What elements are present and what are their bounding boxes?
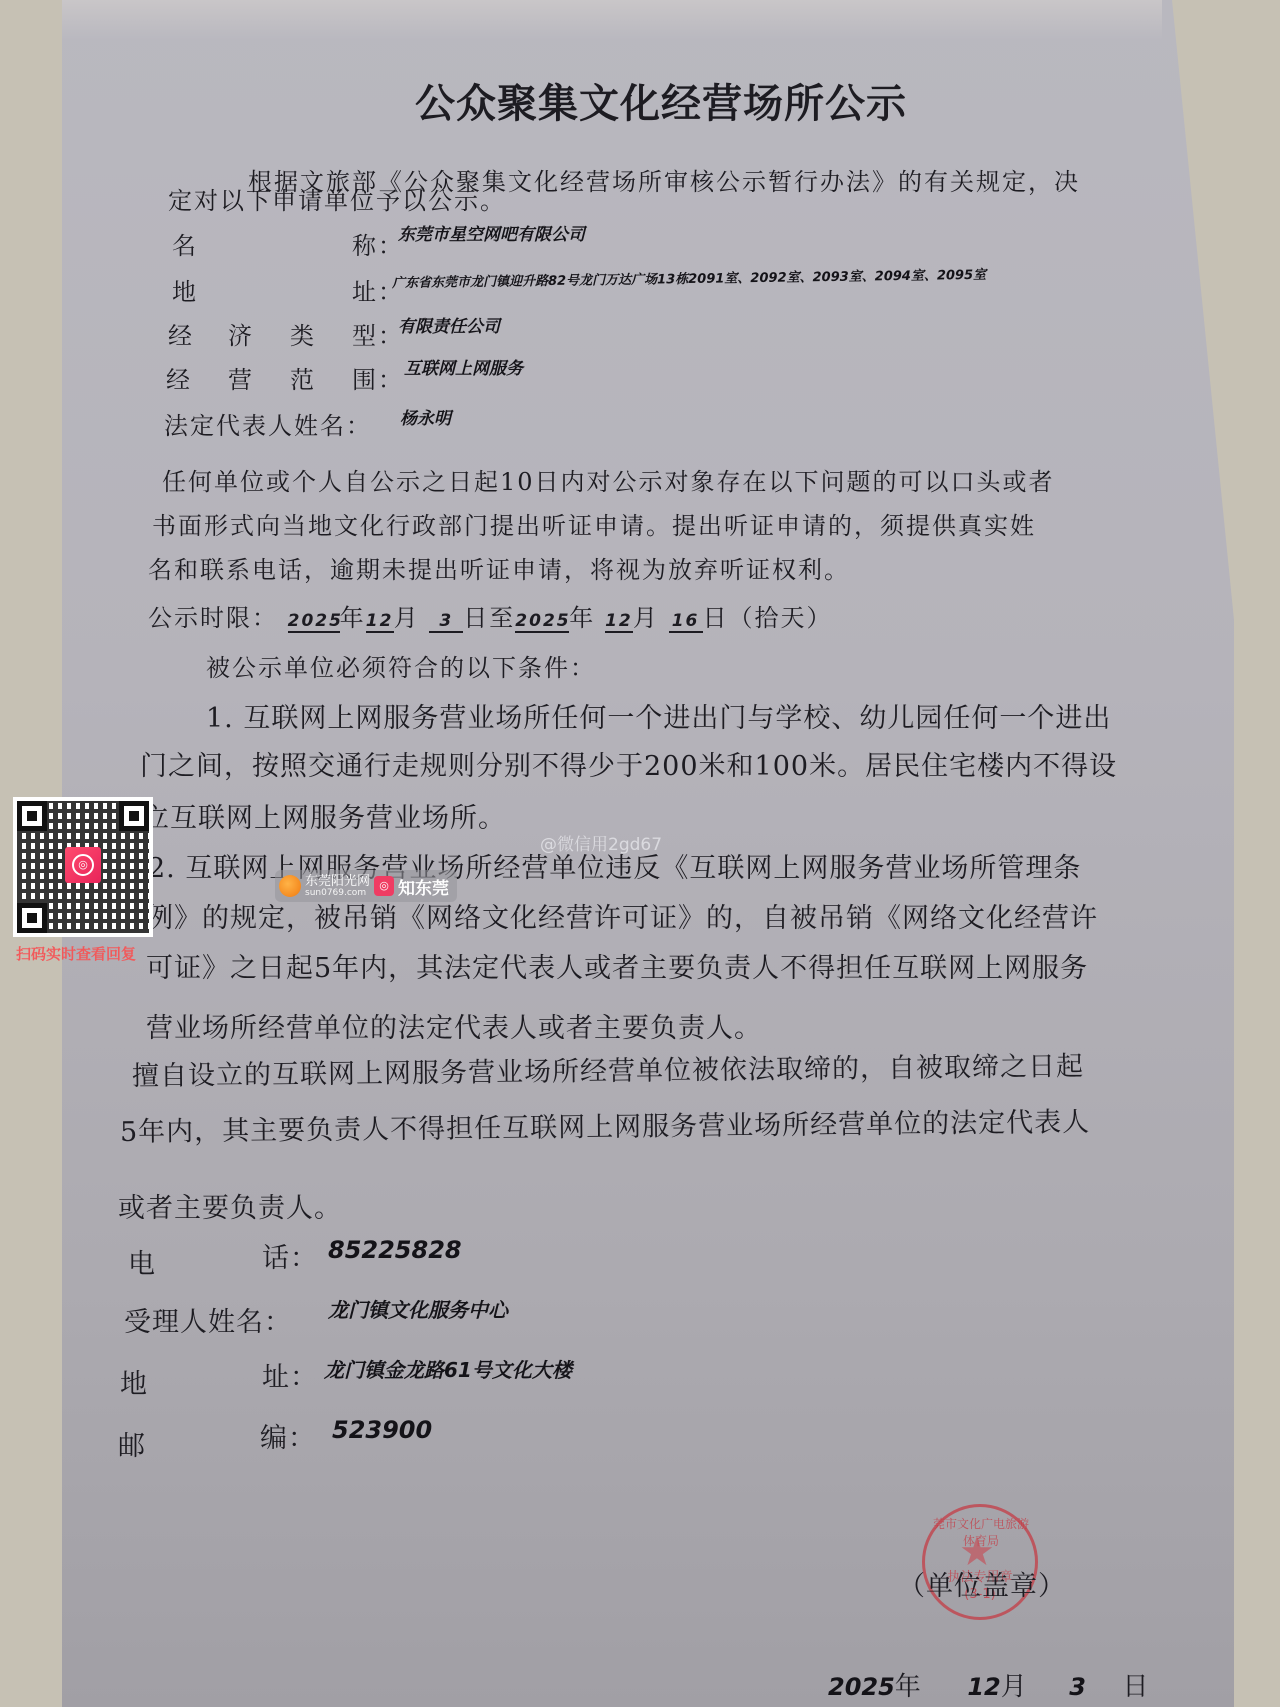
field-business-scope-value: 互联网上网服务 xyxy=(404,354,523,379)
condition-line-1: 1. 互联网上网服务营业场所任何一个进出门与学校、幼儿园任何一个进出 xyxy=(206,696,1111,735)
partner-name: 知东莞 xyxy=(398,874,449,899)
sign-date-month: 12 xyxy=(967,1673,1000,1701)
contact-address-label-b: 址： xyxy=(262,1355,318,1394)
hearing-notice-line-3: 名和联系电话，逾期未提出听证申请，将视为放弃听证权利。 xyxy=(148,550,850,585)
period-start-year: 2025 xyxy=(288,611,340,633)
source-brand-badge: 东莞阳光网 sun0769.com ◎ 知东莞 xyxy=(275,870,457,902)
period-year-unit-2: 年 xyxy=(569,604,595,632)
field-name-label-b: 称： xyxy=(352,226,404,261)
qr-center-logo-icon: ◎ xyxy=(65,847,101,883)
qr-finder-top-left xyxy=(17,801,47,831)
contact-handler-label: 受理人姓名： xyxy=(124,1300,292,1339)
period-end-day: 16 xyxy=(669,611,703,633)
condition-line-10: 或者主要负责人。 xyxy=(118,1186,342,1225)
hearing-notice-line-2: 书面形式向当地文化行政部门提出听证申请。提出听证申请的，须提供真实姓 xyxy=(152,506,1036,541)
seal-label: （单位盖章） xyxy=(898,1564,1066,1603)
zhidongguan-logo-icon: ◎ xyxy=(374,876,394,896)
qr-finder-bottom-left xyxy=(17,903,47,933)
brand-name: 东莞阳光网 xyxy=(305,875,370,888)
field-economic-type-value: 有限责任公司 xyxy=(398,312,500,337)
field-economic-type-label-3: 类 xyxy=(290,316,316,351)
period-start-month: 12 xyxy=(366,611,394,633)
sun0769-logo-icon xyxy=(279,875,301,897)
document-title: 公众聚集文化经营场所公示 xyxy=(415,72,907,129)
period-label: 公示时限： xyxy=(148,604,278,632)
contact-phone-label-a: 电 xyxy=(128,1242,156,1281)
period-to: 日至 xyxy=(463,604,515,632)
notice-period: 公示时限： 2025年12月 3日至2025年 12月 16日（拾天） xyxy=(148,598,833,633)
sign-date-day: 3 xyxy=(1069,1673,1086,1701)
contact-postcode-label-a: 邮 xyxy=(118,1424,146,1463)
condition-line-2: 门之间，按照交通行走规则分别不得少于200米和100米。居民住宅楼内不得设 xyxy=(140,744,1117,783)
qr-caption: 扫码实时查看回复 xyxy=(16,943,136,964)
hearing-notice-line-1: 任何单位或个人自公示之日起10日内对公示对象存在以下问题的可以口头或者 xyxy=(162,462,1055,497)
contact-postcode-label-b: 编： xyxy=(260,1416,316,1455)
period-start-day: 3 xyxy=(429,611,463,633)
field-legal-rep-value: 杨永明 xyxy=(400,404,451,429)
qr-code[interactable]: ◎ xyxy=(13,797,153,937)
field-business-scope-label-1: 经 xyxy=(166,360,192,395)
sign-date-year-unit: 年 xyxy=(895,1672,921,1702)
brand-url: sun0769.com xyxy=(305,888,370,898)
conditions-heading: 被公示单位必须符合的以下条件： xyxy=(206,648,596,683)
period-month-unit-2: 月 xyxy=(633,604,659,632)
condition-line-7: 营业场所经营单位的法定代表人或者主要负责人。 xyxy=(146,1006,762,1045)
intro-line-2: 定对以下申请单位予以公示。 xyxy=(168,181,506,216)
contact-phone-label-b: 话： xyxy=(262,1236,318,1275)
brand-text: 东莞阳光网 sun0769.com xyxy=(305,875,370,898)
field-business-scope-label-4: 围： xyxy=(352,360,404,395)
period-year-unit: 年 xyxy=(340,604,366,632)
period-end-note: 日（拾天） xyxy=(703,604,833,632)
sign-date-year: 2025 xyxy=(828,1673,895,1701)
field-address-label-a: 地 xyxy=(172,272,198,307)
field-legal-rep-label: 法定代表人姓名： xyxy=(164,406,372,441)
condition-line-6: 可证》之日起5年内，其法定代表人或者主要负责人不得担任互联网上网服务 xyxy=(146,946,1088,985)
field-economic-type-label-2: 济 xyxy=(228,316,254,351)
field-business-scope-label-2: 营 xyxy=(228,360,254,395)
period-end-month: 12 xyxy=(605,611,633,633)
sign-date: 2025年 12月 3 日 xyxy=(828,1666,1149,1703)
condition-line-3: 立互联网上网服务营业场所。 xyxy=(142,796,506,835)
sign-date-day-unit: 日 xyxy=(1123,1672,1149,1702)
contact-address-value: 龙门镇金龙路61号文化大楼 xyxy=(324,1354,572,1383)
weibo-watermark: @微信用2gd67 xyxy=(540,830,662,855)
sign-date-month-unit: 月 xyxy=(1001,1672,1027,1702)
contact-phone-value: 85225828 xyxy=(328,1236,462,1264)
field-business-scope-label-3: 范 xyxy=(290,360,316,395)
contact-handler-value: 龙门镇文化服务中心 xyxy=(328,1294,508,1323)
period-end-year: 2025 xyxy=(515,611,569,633)
qr-finder-top-right xyxy=(119,801,149,831)
contact-address-label-a: 地 xyxy=(120,1362,148,1401)
contact-postcode-value: 523900 xyxy=(332,1416,432,1444)
field-economic-type-label-1: 经 xyxy=(168,316,194,351)
field-name-value: 东莞市星空网吧有限公司 xyxy=(398,220,585,245)
field-economic-type-label-4: 型： xyxy=(352,316,404,351)
field-name-label-a: 名 xyxy=(172,226,198,261)
period-month-unit: 月 xyxy=(394,604,420,632)
paper-top-edge xyxy=(62,0,1162,40)
